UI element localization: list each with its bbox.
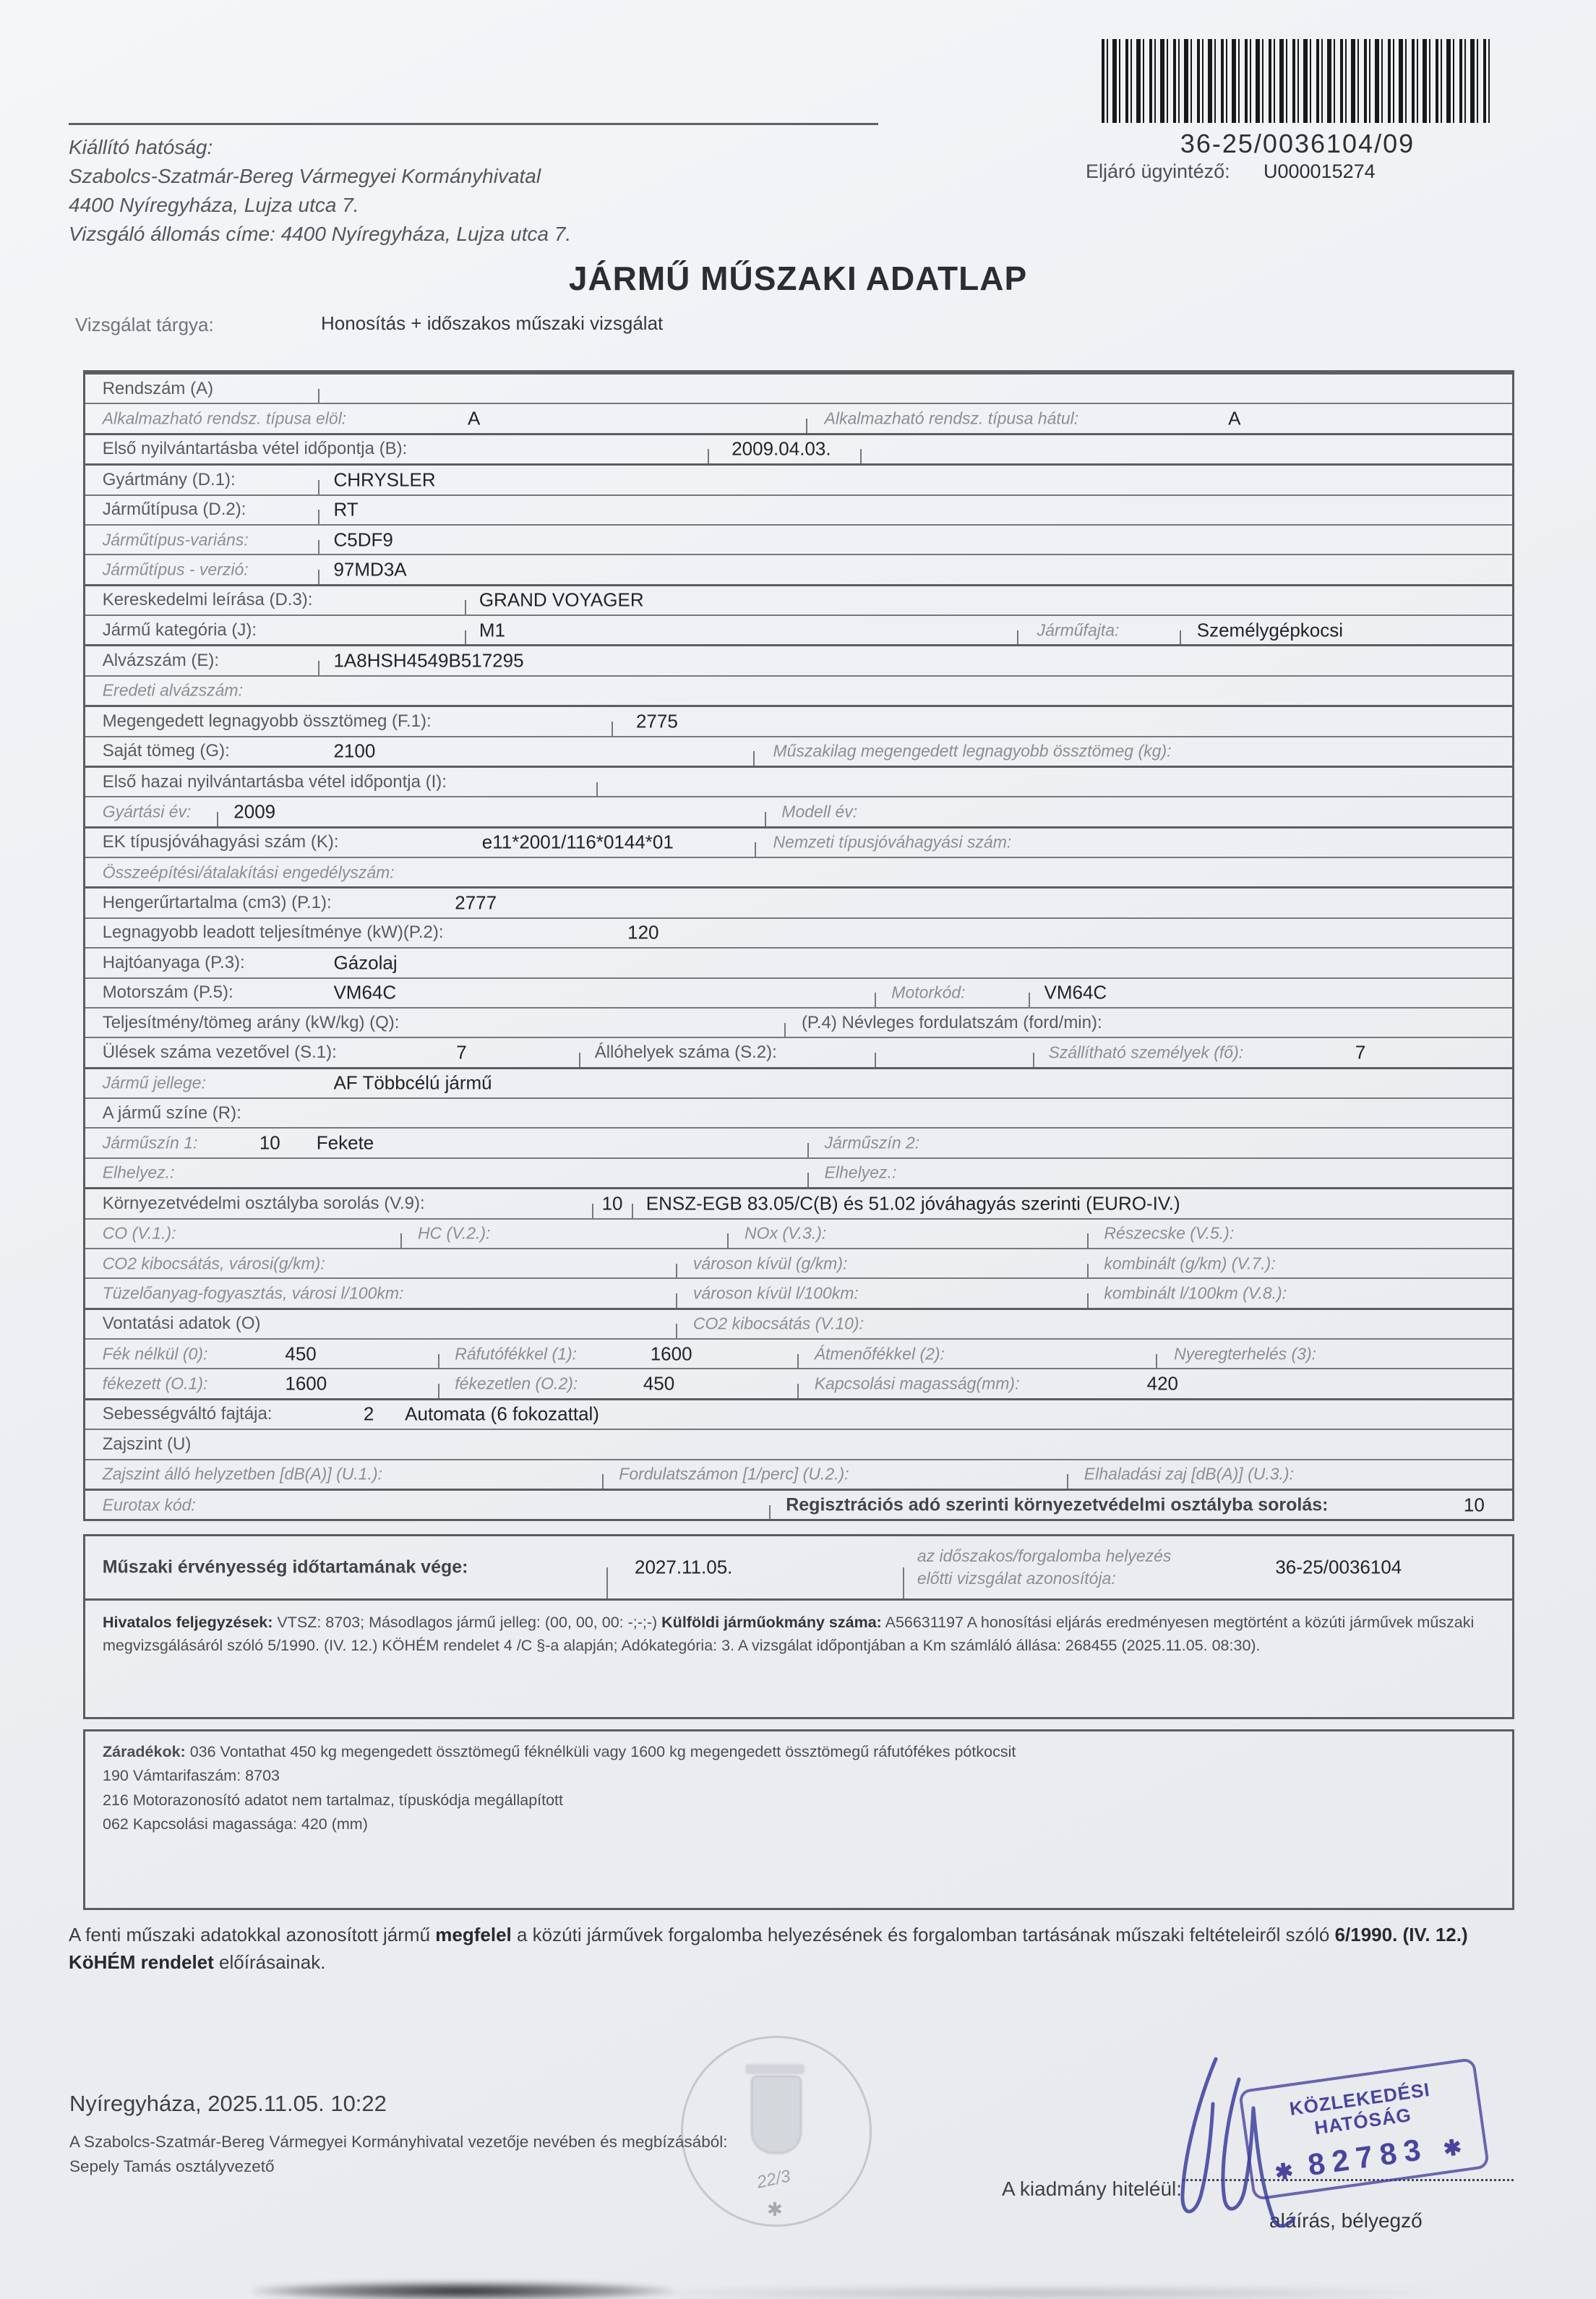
table-row: Eurotax kód:Regisztrációs adó szerinti k… [85,1489,1512,1519]
field-label: az időszakos/forgalomba helyezéselőtti v… [917,1545,1172,1590]
field-label: Alkalmazható rendsz. típusa hátul: [825,409,1079,429]
table-row: Elhelyez.:Elhelyez.: [85,1157,1512,1187]
cell-divider [676,1324,677,1338]
field-label: Járműtípus-variáns: [103,530,249,549]
field-label: CO (V.1.): [103,1224,176,1243]
official-notes-section: Hivatalos feljegyzések: VTSZ: 8703; Máso… [85,1601,1512,1717]
table-row: Járműtípus - verzió:97MD3A [85,554,1512,583]
field-label: Nyeregterhelés (3): [1174,1344,1316,1363]
cell-divider [596,782,598,797]
field-value: 7 [456,1041,466,1063]
seal-coat-of-arms-icon [745,2064,805,2074]
validity-row: Műszaki érvényesség időtartamának vége:2… [85,1536,1512,1601]
cell-divider [784,1023,786,1037]
statement-text: a közúti járművek forgalomba helyezéséne… [512,1924,1335,1945]
table-row: Rendszám (A) [85,372,1512,403]
table-row: Sebességváltó fajtája:2Automata (6 fokoz… [85,1398,1512,1429]
table-row: Jármű kategória (J):M1Járműfajta:Személy… [85,615,1512,644]
clause-line: 216 Motorazonosító adatot nem tartalmaz,… [103,1789,1495,1812]
field-label: Kereskedelmi leírása (D.3): [103,590,313,610]
field-label: CO2 kibocsátás (V.10): [693,1314,864,1334]
field-value: 450 [285,1343,316,1365]
field-label: Tüzelőanyag-fogyasztás, városi l/100km: [103,1283,404,1303]
field-label: városon kívül l/100km: [693,1283,859,1303]
table-row: EK típusjóváhagyási szám (K):e11*2001/11… [85,826,1512,857]
field-label: Járműfajta: [1037,620,1120,640]
stamp-star-icon: ✱ [1274,2159,1295,2185]
field-label: Rendszám (A) [103,379,213,399]
field-label: CO2 kibocsátás, városi(g/km): [103,1254,325,1273]
cell-divider [727,1233,729,1248]
stamp-number: 82783 [1305,2131,1430,2182]
barcode-number: 36-25/0036104/09 [1102,129,1493,159]
cell-divider [797,1354,799,1369]
field-label: Járműtípusa (D.2): [103,500,246,520]
cell-divider [676,1293,677,1308]
cell-divider [1156,1354,1157,1369]
field-label: A jármű színe (R): [103,1103,241,1123]
cell-divider [806,419,807,433]
field-label: Motorkód: [891,983,965,1003]
cell-divider [676,1264,677,1278]
cell-divider [438,1354,439,1369]
field-label: Első nyilvántartásba vétel időpontja (B)… [103,439,408,459]
seal-number: 22/3 [755,2166,793,2193]
official-notes-segment: VTSZ: 8703; Másodlagos jármű jelleg: (00… [273,1614,661,1631]
cell-divider [400,1233,402,1248]
issuer-divider-line [69,123,878,125]
field-value: 10 [602,1192,623,1215]
cell-divider [318,570,319,584]
field-label: Kapcsolási magasság(mm): [815,1374,1020,1394]
field-value: Személygépkocsi [1197,619,1343,641]
field-value: 2775 [636,710,678,732]
field-value: C5DF9 [333,528,392,551]
field-value: A [1228,408,1240,430]
issue-place-date: Nyíregyháza, 2025.11.05. 10:22 [69,2091,387,2117]
field-label: Eurotax kód: [103,1495,196,1515]
cell-divider [875,993,876,1007]
table-row: Motorszám (P.5):VM64CMotorkód:VM64C [85,977,1512,1007]
field-value: 10 [1464,1494,1485,1516]
field-label: NOx (V.3.): [745,1224,826,1243]
field-value: 2 [364,1403,374,1426]
field-value: VM64C [1044,982,1107,1004]
foreign-document-bold-label: Külföldi járműokmány száma: [661,1614,882,1631]
field-value: 7 [1355,1041,1365,1063]
cell-divider [465,600,466,615]
cell-divider [632,1204,633,1218]
clauses-bold-label: Záradékok: [103,1743,186,1760]
cell-divider [807,1173,809,1187]
table-row: Vontatási adatok (O)CO2 kibocsátás (V.10… [85,1308,1512,1338]
table-row: Műszaki érvényesség időtartamának vége:2… [85,1536,1512,1598]
clause-line: Záradékok: 036 Vontathat 450 kg megenged… [103,1740,1495,1764]
table-row: Fék nélkül (0):450Ráfutófékkel (1):1600Á… [85,1338,1512,1368]
cell-divider [875,1053,876,1067]
cell-divider [602,1474,604,1489]
statement-text: előírásainak. [214,1951,326,1973]
field-label: Fordulatszámon [1/perc] (U.2.): [619,1465,849,1484]
signer-name: Sepely Tamás osztályvezető [69,2157,274,2176]
table-row: Gyártási év:2009Modell év: [85,796,1512,826]
issuer-authority-name: Szabolcs-Szatmár-Bereg Vármegyei Kormány… [69,165,541,188]
field-value: AF Többcélú jármű [333,1072,492,1095]
barcode [1102,39,1493,123]
field-value: 36-25/0036104 [1275,1557,1402,1579]
field-label: Ráfutófékkel (1): [455,1344,577,1363]
field-value: 1600 [285,1373,327,1395]
field-value: 1600 [651,1343,692,1365]
field-label: Legnagyobb leadott teljesítménye (kW)(P.… [103,922,444,943]
scanned-document-page: Kiállító hatóság: Szabolcs-Szatmár-Bereg… [0,0,1596,2299]
stamp-star-icon: ✱ [1442,2136,1463,2162]
cell-divider [1067,1474,1068,1489]
field-value: e11*2001/116*0144*01 [482,831,674,854]
cell-divider [318,480,319,495]
field-value: GRAND VOYAGER [479,589,644,612]
table-row: Jármű jellege:AF Többcélú jármű [85,1067,1512,1097]
clause-line: 062 Kapcsolási magassága: 420 (mm) [103,1812,1495,1836]
field-label: fékezett (O.1): [103,1374,208,1394]
statement-bold: megfelel [435,1924,512,1945]
field-label: Modell év: [781,802,857,821]
cell-divider [1180,630,1181,645]
field-value: 420 [1147,1373,1178,1395]
table-row: Járműtípusa (D.2):RT [85,495,1512,524]
field-label: városon kívül (g/km): [693,1254,847,1273]
cell-divider [592,1204,593,1218]
official-notes-bold-label: Hivatalos feljegyzések: [103,1614,273,1631]
field-value: A [468,408,480,430]
cell-divider [579,1053,580,1067]
cell-divider [860,449,862,463]
field-label: Vontatási adatok (O) [103,1314,261,1334]
table-row: Zajszint (U) [85,1429,1512,1458]
issuer-address: 4400 Nyíregyháza, Lujza utca 7. [69,194,359,217]
table-row: Alkalmazható rendsz. típusa elöl:AAlkalm… [85,403,1512,432]
field-label: Járműtípus - verzió: [103,560,249,579]
clause-text: 036 Vontathat 450 kg megengedett össztöm… [186,1743,1016,1760]
issuer-authority-label: Kiállító hatóság: [69,136,213,159]
cell-divider [1029,993,1030,1007]
field-value: 2009 [233,800,275,823]
table-row: Hengerűrtartalma (cm3) (P.1):2777 [85,886,1512,917]
field-label: Alvázszám (E): [103,651,219,671]
field-value: Gázolaj [333,951,397,974]
table-row: Legnagyobb leadott teljesítménye (kW)(P.… [85,917,1512,947]
document-title: JÁRMŰ MŰSZAKI ADATLAP [0,259,1596,298]
field-value: 97MD3A [333,558,406,581]
vehicle-data-table: Rendszám (A)Alkalmazható rendsz. típusa … [83,370,1514,1521]
table-row: Eredeti alvázszám: [85,675,1512,705]
field-label: Műszakilag megengedett legnagyobb össztö… [773,742,1171,761]
cell-divider [797,1384,799,1398]
clerk-label: Eljáró ügyintéző: [1086,160,1230,183]
inspection-subject-label: Vizsgálat tárgya: [75,314,214,336]
field-label: Elhelyez.: [103,1163,175,1183]
field-label: Állóhelyek száma (S.2): [595,1043,777,1063]
field-label: Alkalmazható rendsz. típusa elöl: [103,409,347,429]
clause-line: 190 Vámtarifaszám: 8703 [103,1764,1495,1788]
field-value: Fekete [317,1132,374,1155]
field-label: Saját tömeg (G): [103,741,230,761]
scan-edge-shadow [253,2282,672,2299]
field-label: kombinált (g/km) (V.7.): [1104,1254,1275,1273]
field-label: Fék nélkül (0): [103,1344,208,1363]
field-value: 450 [643,1373,674,1395]
field-label: Sebességváltó fajtája: [103,1404,273,1424]
field-label: Átmenőfékkel (2): [815,1344,945,1363]
field-label: Jármű jellege: [103,1074,206,1093]
field-label: EK típusjóváhagyási szám (K): [103,832,339,852]
clerk-id: U000015274 [1263,160,1376,183]
field-label: Eredeti alvázszám: [103,681,243,701]
field-label: Megengedett legnagyobb össztömeg (F.1): [103,711,432,732]
table-row: Járműszín 1:10FeketeJárműszín 2: [85,1127,1512,1157]
field-label: Zajszint álló helyzetben [dB(A)] (U.1.): [103,1465,382,1484]
on-behalf-text: A Szabolcs-Szatmár-Bereg Vármegyei Kormá… [69,2133,727,2152]
field-label: Hengerűrtartalma (cm3) (P.1): [103,893,332,913]
field-label: Járműszín 2: [825,1134,920,1153]
field-label: Zajszint (U) [103,1434,192,1455]
table-row: Ülések száma vezetővel (S.1):7Állóhelyek… [85,1037,1512,1066]
compliance-statement: A fenti műszaki adatokkal azonosított já… [69,1922,1529,1976]
field-label: Részecske (V.5.): [1104,1224,1234,1243]
field-value: ENSZ-EGB 83.05/C(B) és 51.02 jóváhagyás … [646,1192,1180,1215]
cell-divider [753,751,755,766]
field-value: 2100 [333,740,375,763]
table-row: Gyártmány (D.1):CHRYSLER [85,463,1512,494]
field-label: Szállítható személyek (fő): [1048,1043,1243,1062]
table-row: Alvázszám (E):1A8HSH4549B517295 [85,644,1512,675]
field-label: Motorszám (P.5): [103,982,233,1003]
field-value: 2009.04.03. [731,438,831,461]
cell-divider [318,540,319,555]
seal-star-icon: ✱ [767,2199,783,2221]
statement-text: A fenti műszaki adatokkal azonosított já… [69,1924,435,1945]
inspection-station-address: Vizsgáló állomás címe: 4400 Nyíregyháza,… [69,223,571,246]
field-label: (P.4) Névleges fordulatszám (ford/min): [802,1013,1102,1033]
official-round-seal: 22/3 ✱ [681,2036,872,2227]
table-row: Teljesítmény/tömeg arány (kW/kg) (Q):(P.… [85,1007,1512,1037]
table-row: CO2 kibocsátás, városi(g/km):városon kív… [85,1248,1512,1277]
cell-divider [606,1567,608,1598]
field-label: Jármű kategória (J): [103,620,257,641]
field-label: Elhaladási zaj [dB(A)] (U.3.): [1084,1465,1294,1484]
table-row: CO (V.1.):HC (V.2.):NOx (V.3.):Részecske… [85,1218,1512,1248]
table-row: Hajtóanyaga (P.3):Gázolaj [85,947,1512,977]
field-label: Regisztrációs adó szerinti környezetvéde… [786,1494,1328,1515]
cell-divider [765,812,766,826]
cell-divider [217,812,218,826]
table-row: Környezetvédelmi osztályba sorolás (V.9)… [85,1187,1512,1217]
clauses-section: Záradékok: 036 Vontathat 450 kg megenged… [85,1731,1512,1845]
cell-divider [465,630,466,645]
field-value: 10 [259,1132,280,1155]
field-label: Első hazai nyilvántartásba vétel időpont… [103,772,447,792]
table-row: Első hazai nyilvántartásba vétel időpont… [85,766,1512,796]
official-notes-text: Hivatalos feljegyzések: VTSZ: 8703; Máso… [103,1611,1495,1658]
field-value: 1A8HSH4549B517295 [333,650,523,672]
clauses-box: Záradékok: 036 Vontathat 450 kg megenged… [83,1729,1514,1910]
table-row: Saját tömeg (G):2100Műszakilag megengede… [85,736,1512,766]
field-label: Hajtóanyaga (P.3): [103,953,245,973]
field-value: 2777 [455,892,497,915]
cell-divider [318,510,319,524]
table-row: Tüzelőanyag-fogyasztás, városi l/100km:v… [85,1277,1512,1307]
field-value: 2027.11.05. [635,1557,732,1579]
field-label: Összeépítési/átalakítási engedélyszám: [103,862,395,882]
cell-divider [769,1505,771,1520]
field-label: HC (V.2.): [418,1224,491,1243]
cell-divider [1033,1053,1034,1067]
table-row: fékezett (O.1):1600fékezetlen (O.2):450K… [85,1368,1512,1397]
table-row: Kereskedelmi leírása (D.3):GRAND VOYAGER [85,584,1512,615]
validity-box: Műszaki érvényesség időtartamának vége:2… [83,1534,1514,1719]
cell-divider [755,842,756,857]
cell-divider [1087,1233,1089,1248]
table-row: Összeépítési/átalakítási engedélyszám: [85,857,1512,886]
field-label: Környezetvédelmi osztályba sorolás (V.9)… [103,1194,425,1214]
cell-divider [708,449,709,463]
field-label: Műszaki érvényesség időtartamának vége: [103,1557,468,1578]
table-row: Járműtípus-variáns:C5DF9 [85,524,1512,554]
field-label: Gyártmány (D.1): [103,470,236,490]
field-value: M1 [479,619,505,641]
cell-divider [1087,1264,1089,1278]
cell-divider [1017,630,1018,645]
inspection-subject-value: Honosítás + időszakos műszaki vizsgálat [321,312,663,335]
cell-divider [318,389,319,403]
field-value: VM64C [333,982,396,1004]
table-row: Zajszint álló helyzetben [dB(A)] (U.1.):… [85,1459,1512,1489]
cell-divider [612,722,613,736]
field-value: 120 [627,922,658,944]
table-row: Első nyilvántartásba vétel időpontja (B)… [85,433,1512,463]
field-value: Automata (6 fokozattal) [405,1403,599,1426]
cell-divider [438,1384,439,1398]
table-row: A jármű színe (R): [85,1097,1512,1127]
field-label: kombinált l/100km (V.8.): [1104,1283,1287,1303]
field-value: RT [333,499,358,521]
field-label: Teljesítmény/tömeg arány (kW/kg) (Q): [103,1013,400,1033]
cell-divider [903,1567,904,1598]
field-label: Ülések száma vezetővel (S.1): [103,1043,337,1063]
table-row: Megengedett legnagyobb össztömeg (F.1):2… [85,705,1512,735]
field-label: fékezetlen (O.2): [455,1374,578,1394]
field-label: Gyártási év: [103,802,192,821]
field-label: Elhelyez.: [825,1163,897,1183]
seal-emblem-icon [751,2076,802,2154]
scan-edge-shadow-light [636,2287,1431,2299]
field-label: Nemzeti típusjóváhagyási szám: [773,833,1011,852]
cell-divider [318,661,319,675]
field-value: CHRYSLER [333,468,435,491]
cell-divider [807,1143,809,1157]
field-label: Járműszín 1: [103,1134,198,1153]
cell-divider [1087,1293,1089,1308]
